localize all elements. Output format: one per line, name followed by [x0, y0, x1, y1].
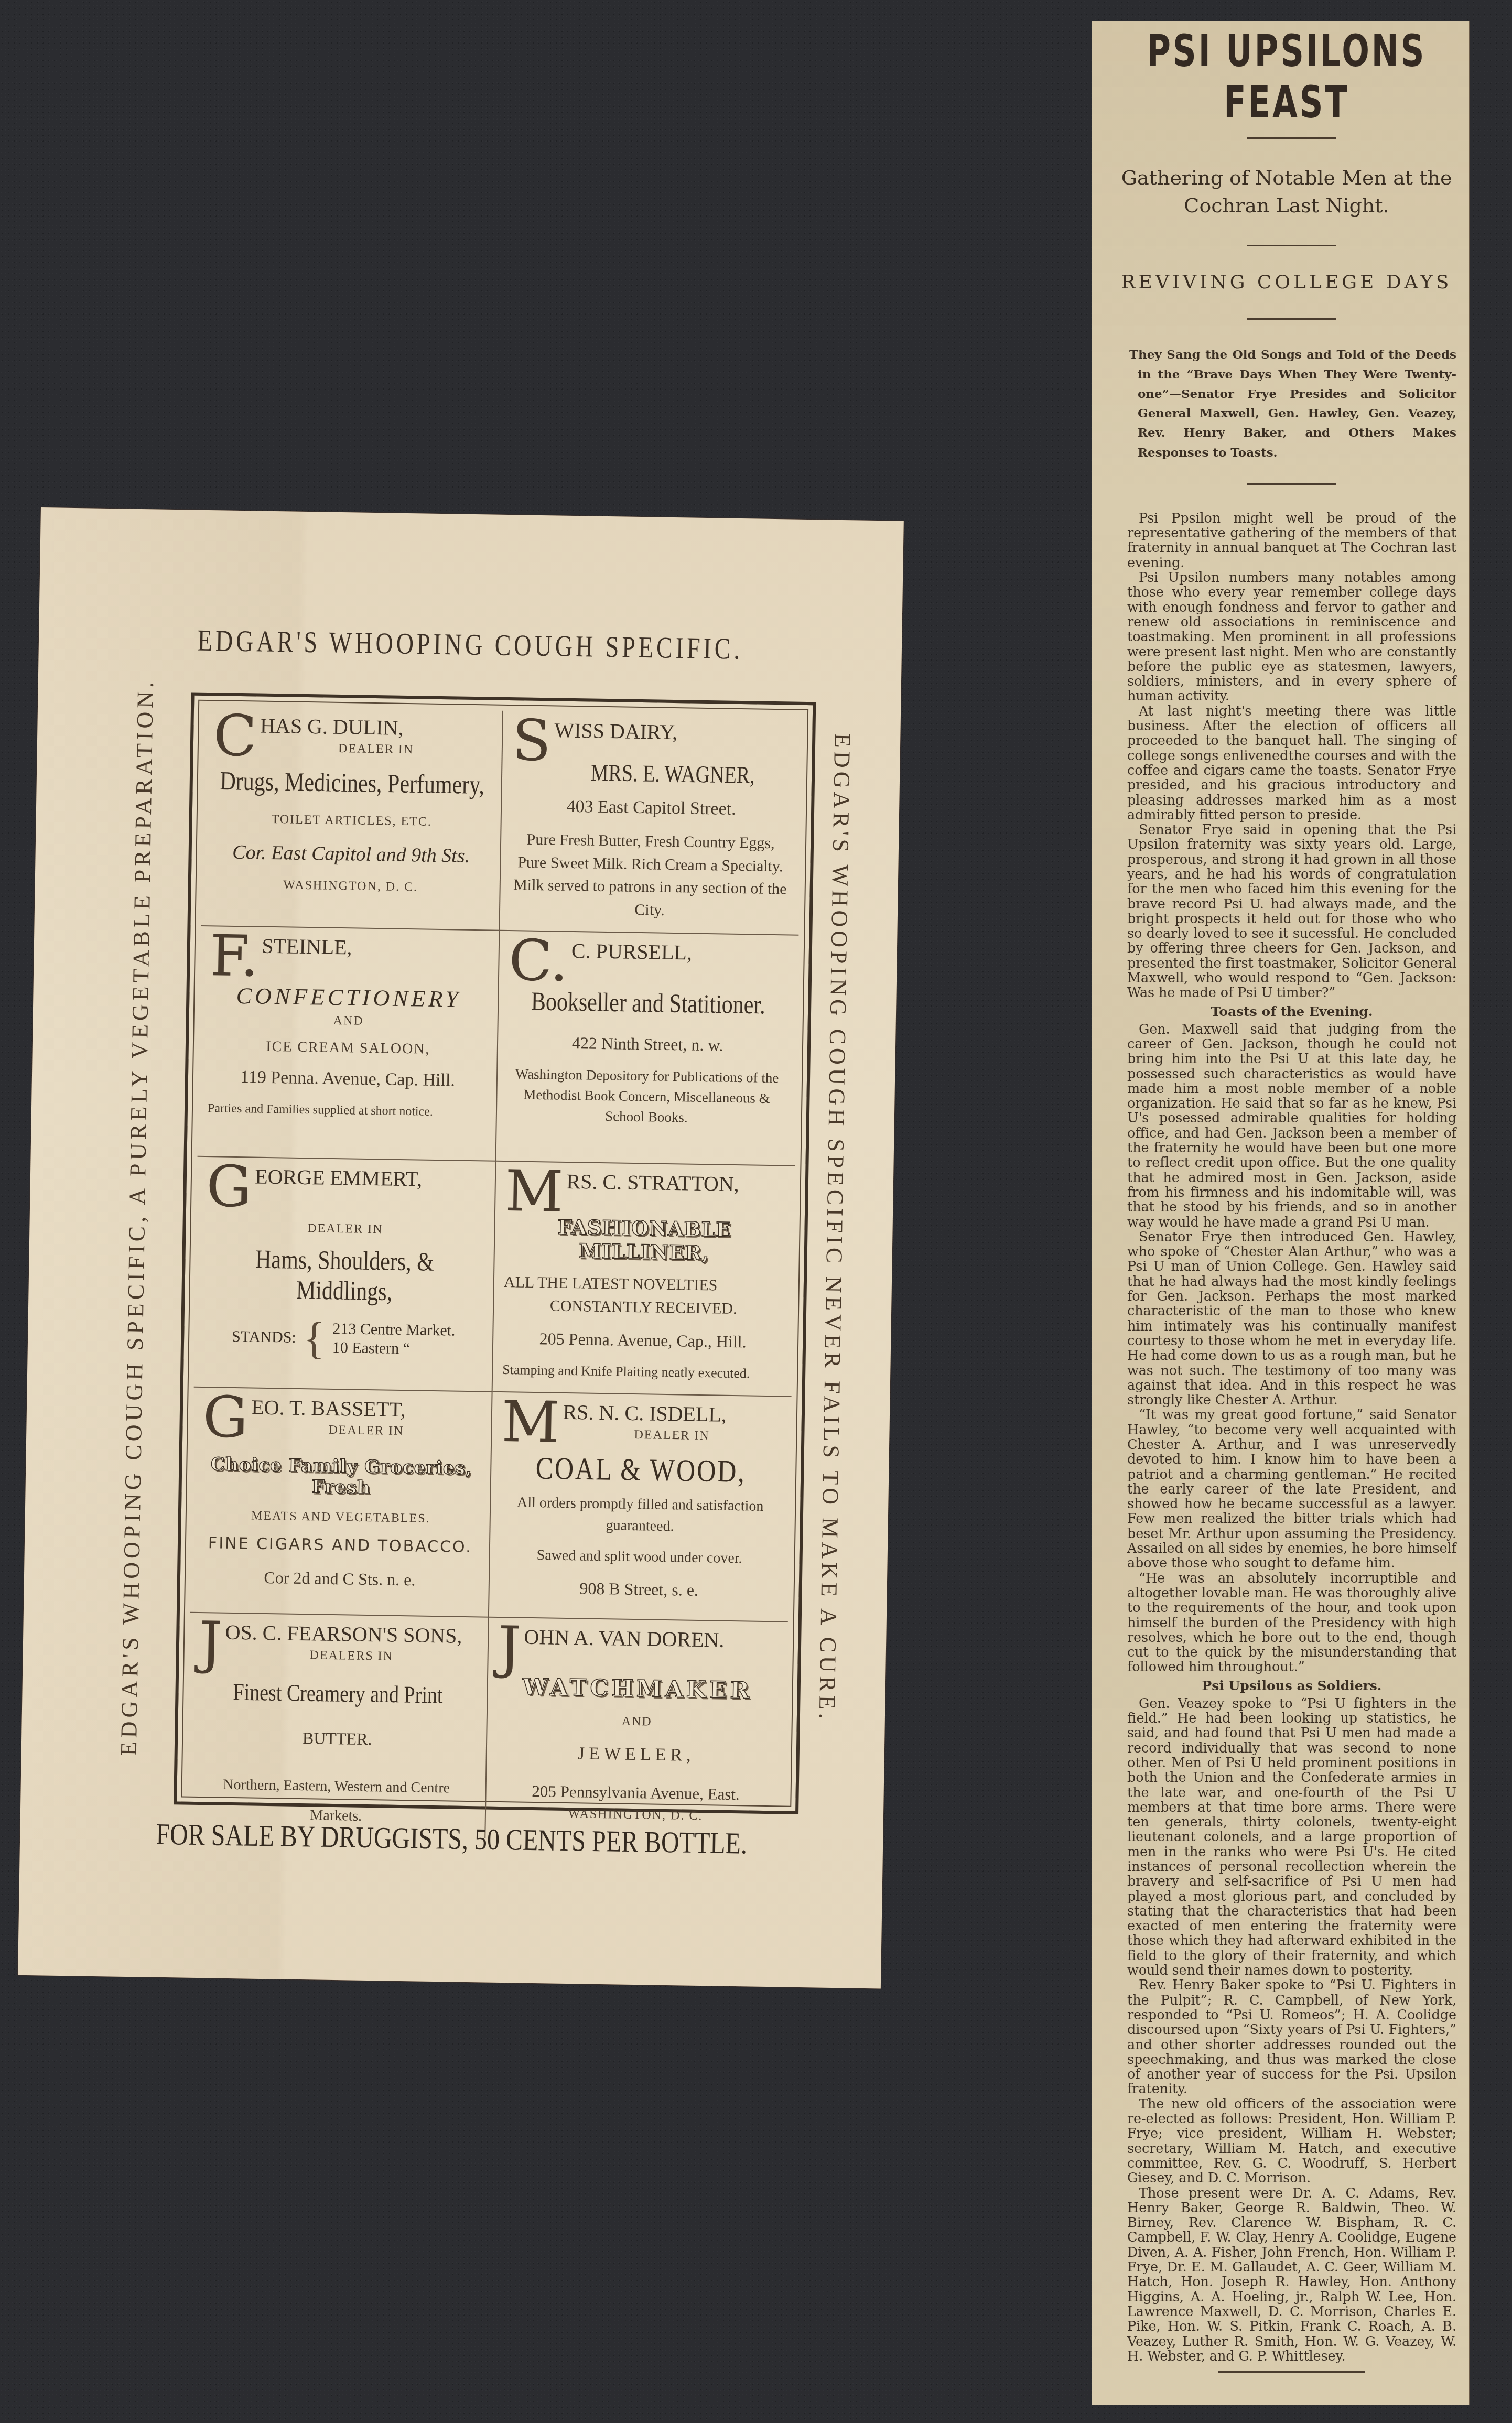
ad-line: Washington Depository for Publications o… — [506, 1064, 787, 1130]
drop-cap: S — [512, 718, 551, 764]
ad-name: C. PURSELL, — [571, 939, 693, 965]
handbill-side-text-left: EDGAR'S WHOOPING COUGH SPECIFIC, A PUREL… — [110, 666, 164, 1768]
side-text-right: EDGAR'S WHOOPING COUGH SPECIFIC NEVER FA… — [813, 733, 856, 1723]
ad-line: 403 East Capitol Street. — [511, 793, 792, 823]
stands-label: STANDS: — [232, 1328, 296, 1347]
paragraph: The new old officers of the association … — [1127, 2097, 1456, 2186]
kicker: REVIVING COLLEGE DAYS — [1117, 272, 1456, 293]
advertisement-grid: CHAS G. DULIN, DEALER IN Drugs, Medicine… — [188, 706, 802, 1801]
deck: They Sang the Old Songs and Told of the … — [1127, 345, 1456, 462]
ad-line: MEATS AND VEGETABLES. — [201, 1508, 480, 1527]
ad-line: COAL & WOOD, — [501, 1450, 781, 1490]
ad-line: JEWELER, — [496, 1739, 776, 1770]
ad-line: AND — [497, 1713, 777, 1731]
ad-line: CONSTANTLY RECEIVED. — [503, 1294, 784, 1321]
ad-name: RS. C. STRATTON, — [566, 1170, 739, 1196]
divider — [1247, 245, 1336, 246]
drop-cap: C. — [509, 938, 568, 985]
paragraph: Gen. Veazey spoke to “Psi U fighters in … — [1127, 1696, 1456, 1978]
ad-name: EORGE EMMERT, — [255, 1165, 423, 1191]
paragraph: Rev. Henry Baker spoke to “Psi U. Fighte… — [1127, 1978, 1456, 2096]
drop-cap: J — [498, 1625, 521, 1671]
divider — [1247, 318, 1336, 320]
ad-line: ICE CREAM SALOON, — [209, 1038, 488, 1059]
ad-line: DEALER IN — [206, 1220, 484, 1239]
drop-cap: G — [206, 1164, 252, 1210]
ad-line: 422 Ninth Street, n. w. — [507, 1030, 788, 1059]
ad-bassett: GEO. T. BASSETT, DEALER IN Choice Family… — [190, 1388, 493, 1618]
ad-line: Sawed and split wood under cover. — [499, 1544, 780, 1570]
ad-name: STEINLE, — [262, 934, 352, 959]
ad-line: WATCHMAKER — [497, 1673, 777, 1704]
ad-name: RS. N. C. ISDELL, — [563, 1400, 727, 1426]
side-text-left: EDGAR'S WHOOPING COUGH SPECIFIC, A PUREL… — [115, 678, 159, 1756]
ad-line: Parties and Families supplied at short n… — [208, 1099, 487, 1122]
handbill-title: EDGAR'S WHOOPING COUGH SPECIFIC. — [39, 620, 902, 668]
paragraph: Senator Frye said in opening that the Ps… — [1127, 823, 1456, 1001]
ad-fearson: JOS. C. FEARSON'S SONS, DEALERS IN Fines… — [187, 1613, 489, 1838]
ad-line: 205 Penna. Avenue, Cap., Hill. — [503, 1326, 783, 1355]
ad-steinle: F.STEINLE, CONFECTIONERY AND ICE CREAM S… — [198, 926, 500, 1162]
ad-line: FINE CIGARS AND TOBACCO. — [201, 1532, 480, 1559]
ad-line: Finest Creamery and Print — [198, 1678, 478, 1710]
end-rule — [1218, 2371, 1365, 2373]
ad-isdell: MRS. N. C. ISDELL, DEALER IN COAL & WOOD… — [489, 1392, 792, 1622]
ad-line: MRS. E. WAGNER, — [512, 758, 792, 790]
ad-line: TOILET ARTICLES, ETC. — [212, 812, 491, 830]
newspaper-clipping: PSI UPSILONS FEAST Gathering of Notable … — [1092, 21, 1470, 2405]
advertisement-frame: CHAS G. DULIN, DEALER IN Drugs, Medicine… — [174, 693, 816, 1814]
stand-item: 10 Eastern “ — [332, 1338, 455, 1359]
drop-cap: J — [199, 1620, 222, 1666]
ad-emmert: GEORGE EMMERT, DEALER IN Hams, Shoulders… — [194, 1157, 496, 1392]
headline: PSI UPSILONS FEAST — [1117, 5, 1456, 128]
paragraph: Psi Upsilon numbers many notables among … — [1127, 570, 1456, 704]
handbill-document: EDGAR'S WHOOPING COUGH SPECIFIC. EDGAR'S… — [18, 507, 904, 1989]
divider — [1247, 137, 1336, 139]
ad-name: WISS DAIRY, — [554, 718, 678, 744]
ad-line: 205 Pennsylvania Avenue, East. — [495, 1779, 776, 1807]
paragraph: At last night's meeting there was little… — [1127, 704, 1456, 823]
section-heading: Toasts of the Evening. — [1127, 1004, 1456, 1019]
ad-line: Drugs, Medicines, Perfumery, — [212, 766, 492, 801]
ad-line: 119 Penna. Avenue, Cap. Hill. — [208, 1064, 488, 1095]
ad-line: BUTTER. — [198, 1724, 477, 1753]
paragraph: Those present were Dr. A. C. Adams, Rev.… — [1127, 2186, 1456, 2364]
subheadline: Gathering of Notable Men at the Cochran … — [1117, 164, 1456, 220]
paragraph: Gen. Maxwell said that judging from the … — [1127, 1022, 1456, 1230]
drop-cap: G — [202, 1395, 249, 1441]
ad-line: Pure Fresh Butter, Fresh Country Eggs, P… — [510, 828, 791, 923]
ad-line: DEALERS IN — [199, 1647, 478, 1665]
paragraph: “It was my great good fortune,” said Sen… — [1127, 1408, 1456, 1571]
drop-cap: M — [501, 1400, 560, 1446]
paragraph: Psi Ppsilon might well be proud of the r… — [1127, 511, 1456, 570]
drop-cap: F. — [210, 934, 259, 980]
article-body: Psi Ppsilon might well be proud of the r… — [1127, 511, 1456, 2373]
ad-line: ALL THE LATEST NOVELTIES — [504, 1271, 784, 1298]
ad-name: HAS G. DULIN, — [260, 714, 404, 740]
ad-name: EO. T. BASSETT, — [251, 1396, 406, 1422]
ad-line: 908 B Street, s. e. — [499, 1575, 779, 1604]
ad-name: OS. C. FEARSON'S SONS, — [225, 1620, 462, 1648]
ad-dulin: CHAS G. DULIN, DEALER IN Drugs, Medicine… — [201, 706, 503, 931]
ad-line: Choice Family Groceries, Fresh — [201, 1454, 481, 1500]
ad-line: WASHINGTON, D. C. — [495, 1806, 775, 1824]
ad-line: WASHINGTON, D. C. — [211, 877, 490, 895]
ad-line: Hams, Shoulders, & Middlings, — [204, 1244, 484, 1309]
ad-swiss-dairy: SWISS DAIRY, MRS. E. WAGNER, 403 East Ca… — [500, 711, 802, 936]
ad-line: Cor 2d and C Sts. n. e. — [200, 1564, 480, 1593]
brace-icon: { — [303, 1315, 326, 1361]
ad-line: CONFECTIONERY — [209, 982, 489, 1013]
ad-line: Bookseller and Statitioner. — [508, 987, 789, 1021]
paragraph: Senator Frye then introduced Gen. Hawley… — [1127, 1230, 1456, 1408]
stand-item: 213 Centre Market. — [332, 1319, 456, 1340]
paragraph: “He was an absolutely incorruptible and … — [1127, 1571, 1456, 1675]
ad-name: OHN A. VAN DOREN. — [524, 1625, 725, 1652]
drop-cap: C — [213, 713, 257, 760]
market-stands: STANDS: { 213 Centre Market. 10 Eastern … — [204, 1314, 483, 1363]
ad-line: AND — [209, 1012, 488, 1031]
ad-line: All orders promptly filled and satisfact… — [500, 1492, 780, 1539]
section-heading: Psi Upsilous as Soldiers. — [1127, 1678, 1456, 1693]
ad-pursell: C.C. PURSELL, Bookseller and Statitioner… — [496, 931, 799, 1166]
ad-line: Cor. East Capitol and 9th Sts. — [211, 840, 491, 868]
ad-stratton: MRS. C. STRATTON, FASHIONABLE MILLINER, … — [493, 1162, 795, 1397]
ad-line: Stamping and Knife Plaiting neatly execu… — [502, 1360, 783, 1384]
handbill-side-text-right: EDGAR'S WHOOPING COUGH SPECIFIC NEVER FA… — [807, 677, 861, 1779]
drop-cap: M — [505, 1169, 564, 1215]
divider — [1247, 483, 1336, 485]
ad-van-doren: JOHN A. VAN DOREN. WATCHMAKER AND JEWELE… — [485, 1618, 788, 1843]
